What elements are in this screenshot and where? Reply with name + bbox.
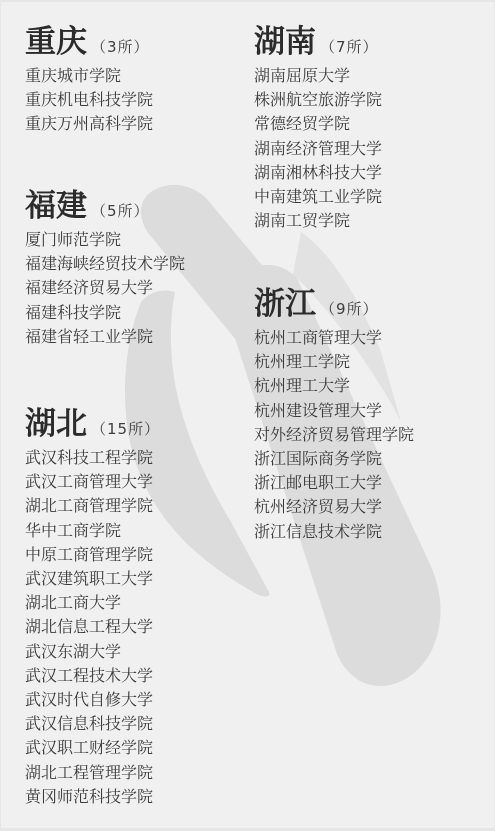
list-item: 福建海峡经贸技术学院	[25, 252, 185, 276]
province-name: 重庆	[25, 20, 87, 64]
list-item: 浙江信息技术学院	[254, 520, 414, 544]
page-panel: 重庆 （3所） 重庆城市学院 重庆机电科技学院 重庆万州高科学院 福建 （5所）…	[1, 2, 494, 828]
list-item: 黄冈师范科技学院	[25, 785, 160, 809]
province-name: 浙江	[254, 282, 316, 326]
section-heading: 湖北 （15所）	[25, 402, 160, 446]
province-name: 福建	[25, 184, 87, 228]
list-item: 浙江国际商务学院	[254, 447, 414, 471]
list-item: 中南建筑工业学院	[254, 185, 382, 209]
list-item: 重庆万州高科学院	[25, 112, 153, 136]
section-hunan: 湖南 （7所） 湖南屈原大学 株洲航空旅游学院 常德经贸学院 湖南经济管理大学 …	[254, 20, 382, 233]
list-item: 湖南工贸学院	[254, 209, 382, 233]
school-list: 厦门师范学院 福建海峡经贸技术学院 福建经济贸易大学 福建科技学院 福建省轻工业…	[25, 228, 185, 349]
school-count: （5所）	[91, 200, 150, 221]
list-item: 湖北工程管理学院	[25, 761, 160, 785]
section-heading: 湖南 （7所）	[254, 20, 382, 64]
school-count: （3所）	[91, 36, 150, 57]
list-item: 湖北工商管理学院	[25, 494, 160, 518]
list-item: 杭州工商管理大学	[254, 326, 414, 350]
list-item: 福建经济贸易大学	[25, 276, 185, 300]
list-item: 浙江邮电职工大学	[254, 471, 414, 495]
list-item: 杭州经济贸易大学	[254, 495, 414, 519]
list-item: 常德经贸学院	[254, 112, 382, 136]
school-list: 重庆城市学院 重庆机电科技学院 重庆万州高科学院	[25, 64, 153, 137]
school-list: 湖南屈原大学 株洲航空旅游学院 常德经贸学院 湖南经济管理大学 湖南湘林科技大学…	[254, 64, 382, 233]
school-count: （9所）	[320, 298, 379, 319]
section-chongqing: 重庆 （3所） 重庆城市学院 重庆机电科技学院 重庆万州高科学院	[25, 20, 153, 137]
section-zhejiang: 浙江 （9所） 杭州工商管理大学 杭州理工学院 杭州理工大学 杭州建设管理大学 …	[254, 282, 414, 544]
list-item: 华中工商学院	[25, 519, 160, 543]
province-name: 湖南	[254, 20, 316, 64]
section-heading: 浙江 （9所）	[254, 282, 414, 326]
list-item: 武汉科技工程学院	[25, 446, 160, 470]
list-item: 对外经济贸易管理学院	[254, 423, 414, 447]
list-item: 武汉时代自修大学	[25, 688, 160, 712]
list-item: 重庆城市学院	[25, 64, 153, 88]
section-fujian: 福建 （5所） 厦门师范学院 福建海峡经贸技术学院 福建经济贸易大学 福建科技学…	[25, 184, 185, 349]
list-item: 湖南湘林科技大学	[254, 161, 382, 185]
school-count: （15所）	[91, 418, 160, 439]
list-item: 武汉信息科技学院	[25, 712, 160, 736]
list-item: 福建省轻工业学院	[25, 325, 185, 349]
list-item: 杭州建设管理大学	[254, 399, 414, 423]
list-item: 武汉工程技术大学	[25, 664, 160, 688]
section-heading: 重庆 （3所）	[25, 20, 153, 64]
list-item: 湖北工商大学	[25, 591, 160, 615]
list-item: 株洲航空旅游学院	[254, 88, 382, 112]
school-list: 武汉科技工程学院 武汉工商管理大学 湖北工商管理学院 华中工商学院 中原工商管理…	[25, 446, 160, 809]
list-item: 湖南屈原大学	[254, 64, 382, 88]
list-item: 福建科技学院	[25, 301, 185, 325]
school-list: 杭州工商管理大学 杭州理工学院 杭州理工大学 杭州建设管理大学 对外经济贸易管理…	[254, 326, 414, 544]
list-item: 厦门师范学院	[25, 228, 185, 252]
section-hubei: 湖北 （15所） 武汉科技工程学院 武汉工商管理大学 湖北工商管理学院 华中工商…	[25, 402, 160, 809]
list-item: 武汉建筑职工大学	[25, 567, 160, 591]
list-item: 武汉工商管理大学	[25, 470, 160, 494]
list-item: 杭州理工大学	[254, 374, 414, 398]
section-heading: 福建 （5所）	[25, 184, 185, 228]
list-item: 中原工商管理学院	[25, 543, 160, 567]
province-name: 湖北	[25, 402, 87, 446]
list-item: 杭州理工学院	[254, 350, 414, 374]
list-item: 湖北信息工程大学	[25, 615, 160, 639]
list-item: 湖南经济管理大学	[254, 137, 382, 161]
school-count: （7所）	[320, 36, 379, 57]
list-item: 重庆机电科技学院	[25, 88, 153, 112]
list-item: 武汉东湖大学	[25, 640, 160, 664]
list-item: 武汉职工财经学院	[25, 736, 160, 760]
